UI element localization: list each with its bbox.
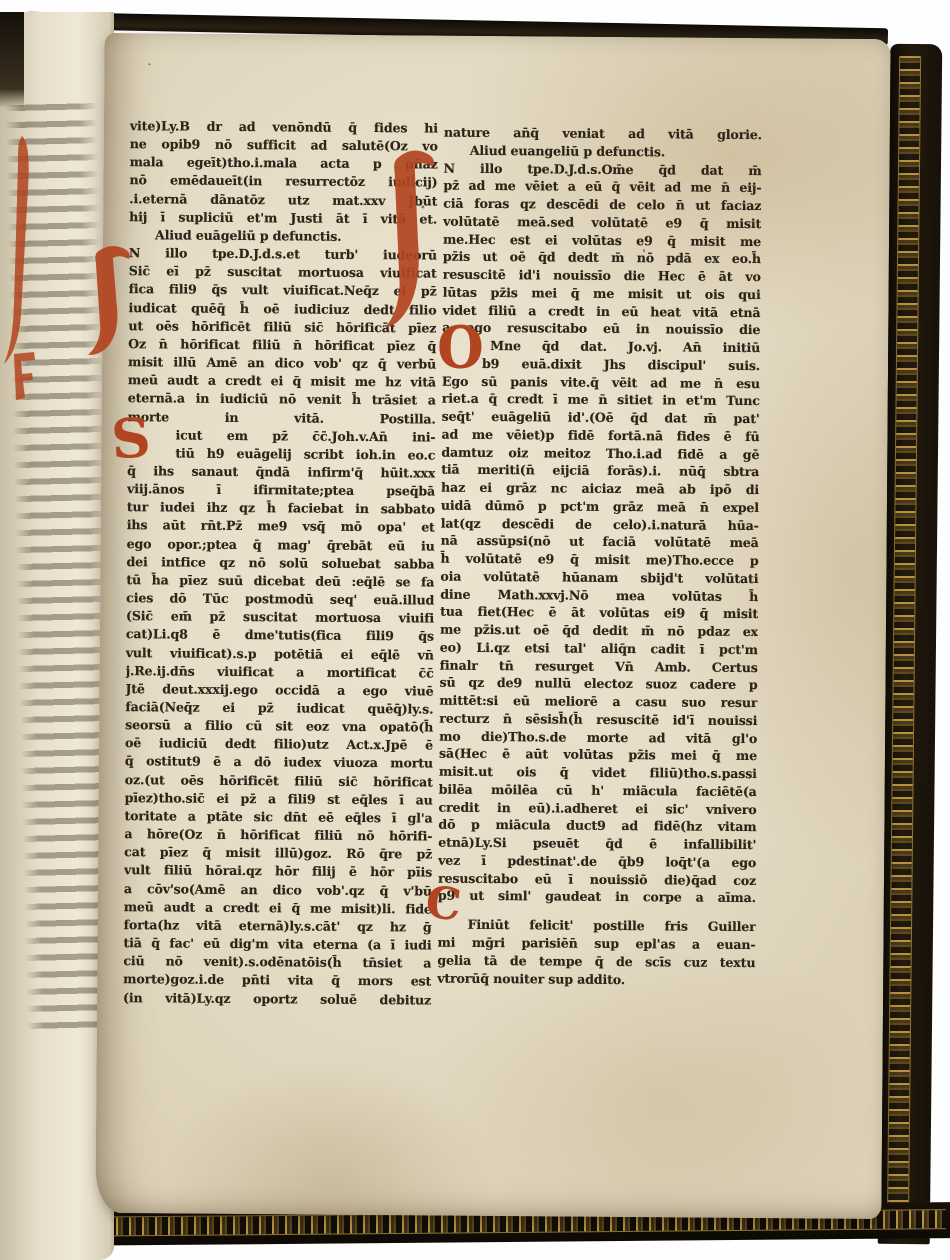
text-line: morte in vitā. Postilla. — [128, 408, 436, 429]
previous-leaf-rubric-initial — [4, 136, 34, 368]
text-line: haz ei grāz nc aiciaz meā ab ipō di — [441, 479, 759, 499]
text-line: a hōre(Oz n̄ hōrificat filiū nō hōrifi- — [124, 825, 432, 846]
text-line: eternā.a in iudiciū nō venit h̄ trāsiet … — [128, 389, 436, 410]
text-line: p9 ut siml' gaudeat in corpe a aīma. — [438, 887, 756, 907]
text-line: me pz̄is.ut oē q̄d dedit m̄ nō pdaz ex — [440, 621, 758, 641]
text-line: vult viuificat).s.p potētiā ei eq̄lē vn̄ — [126, 644, 434, 665]
text-line: uidā dūmō p pct'm grāz meā n̄ expel — [441, 496, 759, 516]
text-line: meū audt a credt ei q̄ misit me hz vitā — [128, 371, 436, 392]
ink-speck — [148, 63, 150, 65]
text-line: vez ī pdestinat'.de q̄b9 loq̄t'(a ego — [438, 851, 756, 871]
text-line: vult filiū hōrai.qz hōr filij ē hōr pīis — [124, 862, 432, 883]
text-line: cat pīez q̄ misit illū)goz. Rō q̄re pz̄ — [124, 843, 432, 864]
text-line: cies dō Tūc postmodū seq' euā.illud — [126, 589, 434, 610]
text-line: q̄ ostitut9 ē a dō iudex viuoza mortu — [125, 753, 433, 774]
text-line: seorsū a filio cū sit eoz vna opatō(h̄ — [125, 716, 433, 737]
text-line: cat)Li.q8 ē dme'tutis(fica fili9 q̄s — [126, 625, 434, 646]
text-line: pīez)tho.sic̄ ei pz̄ a fili9 st eq̄les ī… — [125, 789, 433, 810]
text-line: Jtē deut.xxxij.ego occidā a ego viuē — [125, 680, 433, 701]
colophon-paragraph: Finiūt felicit' postille fris Guillermi … — [437, 916, 756, 991]
text-line: icut em pz̄ c̄c̄.Joh.v.An̄ ini- — [127, 426, 435, 447]
rubric-initial-S-sicut: S — [110, 412, 152, 464]
text-line: eo) Li.qz etsi tal' aliq̄n cadit ī pct'm — [440, 638, 758, 658]
text-line: oia volūtatē hūanam sbijd't volūtati — [440, 567, 758, 587]
text-line: dei intfice qz nō solū soluebat sabba — [126, 553, 434, 574]
text-line: forta(hz vitā eternā)ly.s.cāt' qz hz ḡ — [124, 916, 432, 937]
text-line: seq̄t' euāgeliū id'.(Oē q̄d dat m̄ pat' — [442, 408, 760, 428]
text-line: ciā foras qz descēdi de celo n̄ ut facia… — [443, 195, 761, 215]
text-line: ad me vēiet)p fidē fortā.nā fides ē fū — [441, 425, 759, 445]
book-photograph: vite)Ly.B dr ad venōndū q̄ fides hine op… — [0, 0, 950, 1260]
text-line: recturz n̄ sēsish̄(h̄ resuscitē id'ī nou… — [439, 709, 757, 729]
previous-leaf-rubric-mark — [8, 352, 40, 402]
recto-page: vite)Ly.B dr ad venōndū q̄ fides hine op… — [95, 33, 890, 1219]
text-line: etnā)Ly.Si pseuēt q̄d ē infallibilit' — [438, 834, 756, 854]
text-line: resuscitē id'i nouissīo die Hec ē āt vo — [443, 266, 761, 286]
text-line: viij.ānos ī ifirmitate;ptea pseq̄bā — [127, 480, 435, 501]
gilt-tooling-border-right — [887, 56, 921, 1230]
spine-shadow — [0, 12, 24, 108]
text-line: toritate a ptāte sic dn̄t eē eq̄les ī gl… — [124, 807, 432, 828]
text-line: q̄ ihs sanaut q̄ndā infirm'q̄ hūit.xxx — [127, 462, 435, 483]
text-line: ciū nō venit).s.odēnatōis(h̄ tn̄siet a — [123, 952, 431, 973]
text-line: (in vitā)Ly.qz oportz soluē debituz — [123, 989, 431, 1010]
text-line: j.Re.ij.dn̄s viuificat a mortificat c̄c̄ — [126, 662, 434, 683]
text-line: ego opor.;ptea q̄ mag' q̄rebāt eū iu — [127, 535, 435, 556]
text-line: nature an̄q̄ veniat ad vitā glorie. — [444, 124, 762, 144]
text-column-right: nature an̄q̄ veniat ad vitā glorie.Aliud… — [438, 124, 762, 907]
text-line: a cōv'so(Amē an dico vob'.qz q̄ v'bū — [124, 880, 432, 901]
text-line: Oz n̄ hōrificat filiū n̄ hōrificat pīez … — [128, 335, 436, 356]
text-line: volūtatē meā.sed volūtatē e9 q̄ misit — [443, 212, 761, 232]
text-line: b9 euā.dixit Jhs discipul' suis. — [442, 354, 760, 374]
text-line: faciā(Neq̄z ei pz̄ iudicat quēq̄)ly.s. — [125, 698, 433, 719]
text-line: bilēa mōilēa cū h' miācula faciētē(a — [439, 780, 757, 800]
text-line: vite)Ly.B dr ad venōndū q̄ fides hi — [130, 117, 438, 138]
text-line: ihs aūt rn̄t.Pz̄ me9 vsq̄ mō opa' et — [127, 517, 435, 538]
text-line: tur iudei ihz qz h̄ faciebat in sabbato — [127, 498, 435, 519]
rubric-initial-O-omne: O — [437, 324, 484, 372]
rubric-initial-J-right — [383, 149, 438, 331]
rubric-initial-J-left — [86, 245, 135, 359]
text-line: Mne q̄d dat. Jo.vj. An̄ initiū — [442, 337, 760, 357]
text-line: tiā q̄ fac' eū dig'm vita eterna (a ī iu… — [123, 934, 431, 955]
text-line: oz.(ut oēs hōrificēt filiū sic̄ hōrifica… — [125, 771, 433, 792]
text-line: vtrorūq̄ nouiter sup addito. — [437, 970, 755, 991]
text-line: (Sic̄ em̄ pz̄ suscitat mortuosa viuifi — [126, 607, 434, 628]
text-line: misit.ut ois q̄ videt filiū)tho.s.passi — [439, 763, 757, 783]
text-line: oē iudiciū dedt filio)utz Act.x.Jpē ē — [125, 734, 433, 755]
text-line: Aliud euangeliū p defunctis. — [444, 141, 762, 161]
text-line: meū audt a credt ei q̄ me misit)li. fide — [124, 898, 432, 919]
text-line: misit illū Amē an dico vob' qz q̄ verbū — [128, 353, 436, 374]
text-line: tiū h9 euāgelij scribt ioh.in eo.c — [127, 444, 435, 465]
rubric-mark-colophon: C — [424, 882, 464, 928]
text-line: tū h̄a pīez suū dicebat deū :eq̄lē se fa — [126, 571, 434, 592]
text-line: h̄ volūtatē e9 q̄ misit me)Tho.ecce p — [440, 550, 758, 570]
text-line: mittēt:si eū meliorē a casu suo resur — [439, 692, 757, 712]
text-line: lūtas pz̄is mei q̄ me misit ut ois qui — [443, 283, 761, 303]
text-line: morte)goz.i.de pn̄ti vita q̄ mors est — [123, 970, 431, 991]
